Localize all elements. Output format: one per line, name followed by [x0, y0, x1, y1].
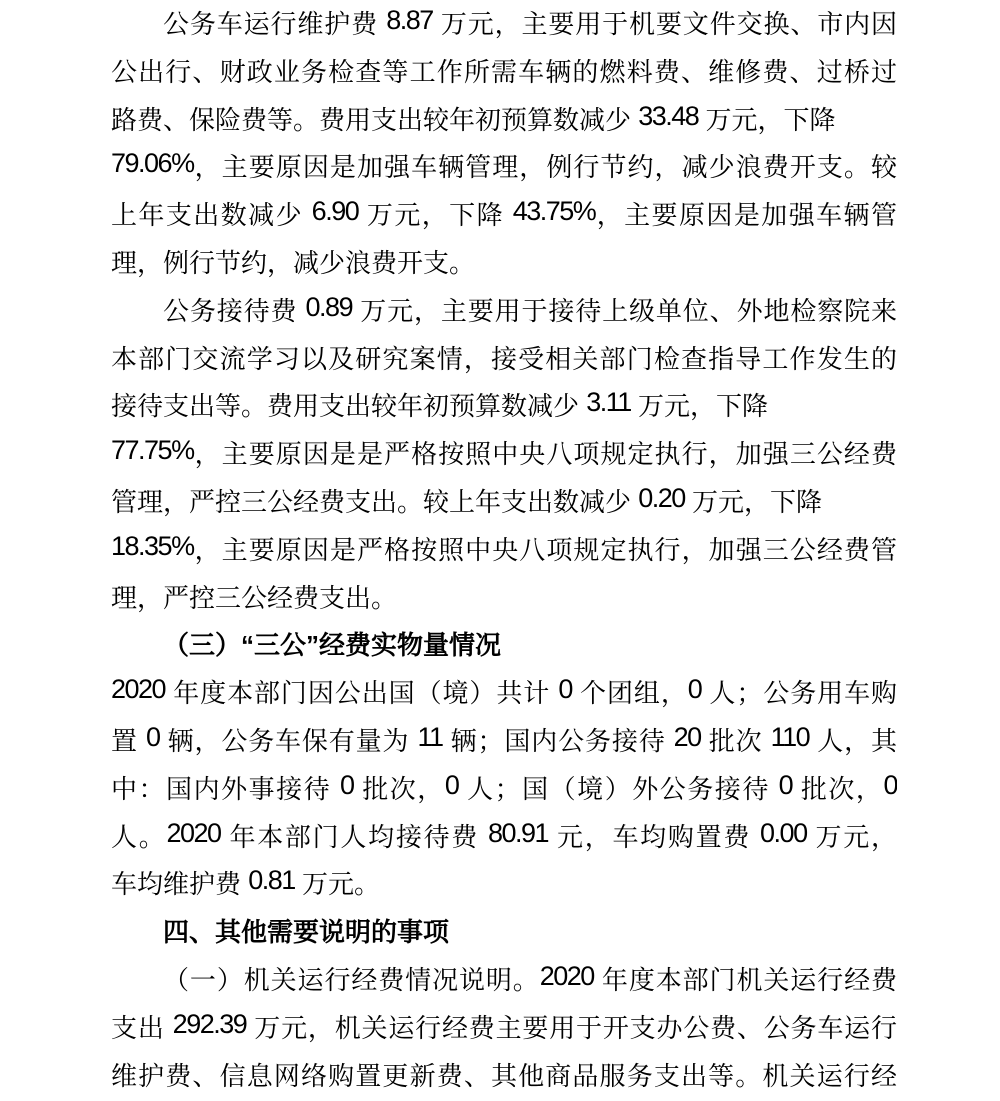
text-line: 18.35%，主要原因是严格按照中央八项规定执行，加强三公经费管	[111, 527, 897, 575]
numeric-value: 2020	[166, 818, 220, 848]
numeric-value: 0	[779, 770, 793, 800]
text-line: 支出 292.39 万元，机关运行经费主要用于开支办公费、公务车运行	[111, 1005, 897, 1053]
numeric-value: 2020	[540, 961, 594, 991]
numeric-value: 0	[688, 674, 702, 704]
text-line: 四、其他需要说明的事项	[111, 909, 897, 957]
numeric-value: 0.89	[306, 292, 353, 322]
text-line: 管理，严控三公经费支出。较上年支出数减少 0.20 万元，下降	[111, 479, 897, 527]
numeric-value: 43.75%	[513, 196, 596, 226]
numeric-value: 0	[558, 674, 572, 704]
text-line: 79.06%，主要原因是加强车辆管理，例行节约，减少浪费开支。较	[111, 144, 897, 192]
body-paragraph: （一）机关运行经费情况说明。2020 年度本部门机关运行经费支出 292.39 …	[111, 957, 897, 1100]
document-page: 公务车运行维护费 8.87 万元，主要用于机要文件交换、市内因公出行、财政业务检…	[0, 0, 897, 1100]
text-line: （一）机关运行经费情况说明。2020 年度本部门机关运行经费	[111, 957, 897, 1005]
numeric-value: 77.75%	[111, 435, 194, 465]
text-line: 接待支出等。费用支出较年初预算数减少 3.11 万元，下降	[111, 383, 897, 431]
numeric-value: 0	[146, 722, 160, 752]
numeric-value: 8.87	[386, 5, 433, 35]
text-line: 维护费、信息网络购置更新费、其他商品服务支出等。机关运行经	[111, 1053, 897, 1101]
text-line: 理，严控三公经费支出。	[111, 575, 897, 623]
numeric-value: 0.00	[760, 818, 807, 848]
body-paragraph: 公务车运行维护费 8.87 万元，主要用于机要文件交换、市内因公出行、财政业务检…	[111, 1, 897, 288]
numeric-value: 0	[445, 770, 459, 800]
numeric-value: 2020	[111, 674, 165, 704]
text-line: （三）“三公”经费实物量情况	[111, 622, 897, 670]
text-line: 2020 年度本部门因公出国（境）共计 0 个团组，0 人；公务用车购	[111, 670, 897, 718]
text-line: 公出行、财政业务检查等工作所需车辆的燃料费、维修费、过桥过	[111, 49, 897, 97]
numeric-value: 80.91	[488, 818, 548, 848]
numeric-value: 0	[340, 770, 354, 800]
text-line: 路费、保险费等。费用支出较年初预算数减少 33.48 万元，下降	[111, 97, 897, 145]
text-line: 77.75%，主要原因是是严格按照中央八项规定执行，加强三公经费	[111, 431, 897, 479]
text-line: 理，例行节约，减少浪费开支。	[111, 240, 897, 288]
text-line: 中：国内外事接待 0 批次，0 人；国（境）外公务接待 0 批次，0	[111, 766, 897, 814]
text-line: 公务车运行维护费 8.87 万元，主要用于机要文件交换、市内因	[111, 1, 897, 49]
text-line: 置 0 辆，公务车保有量为 11 辆；国内公务接待 20 批次 110 人，其	[111, 718, 897, 766]
numeric-value: 20	[674, 722, 701, 752]
body-paragraph: 2020 年度本部门因公出国（境）共计 0 个团组，0 人；公务用车购置 0 辆…	[111, 670, 897, 909]
text-line: 上年支出数减少 6.90 万元，下降 43.75%，主要原因是加强车辆管	[111, 192, 897, 240]
numeric-value: 0	[883, 770, 897, 800]
text-line: 公务接待费 0.89 万元，主要用于接待上级单位、外地检察院来	[111, 288, 897, 336]
body-paragraph: 公务接待费 0.89 万元，主要用于接待上级单位、外地检察院来本部门交流学习以及…	[111, 288, 897, 623]
numeric-value: 110	[771, 722, 810, 752]
numeric-value: 33.48	[638, 101, 698, 131]
numeric-value: 0.81	[248, 865, 295, 895]
numeric-value: 292.39	[173, 1009, 247, 1039]
section-heading: （三）“三公”经费实物量情况	[111, 622, 897, 670]
numeric-value: 18.35%	[111, 531, 194, 561]
text-line: 人。2020 年本部门人均接待费 80.91 元，车均购置费 0.00 万元，	[111, 814, 897, 862]
numeric-value: 11	[418, 722, 443, 752]
text-line: 车均维护费 0.81 万元。	[111, 861, 897, 909]
document-body: 公务车运行维护费 8.87 万元，主要用于机要文件交换、市内因公出行、财政业务检…	[111, 1, 897, 1100]
text-line: 本部门交流学习以及研究案情，接受相关部门检查指导工作发生的	[111, 336, 897, 384]
numeric-value: 6.90	[312, 196, 359, 226]
numeric-value: 0.20	[638, 483, 685, 513]
numeric-value: 79.06%	[111, 148, 194, 178]
numeric-value: 3.11	[586, 387, 631, 417]
section-heading: 四、其他需要说明的事项	[111, 909, 897, 957]
